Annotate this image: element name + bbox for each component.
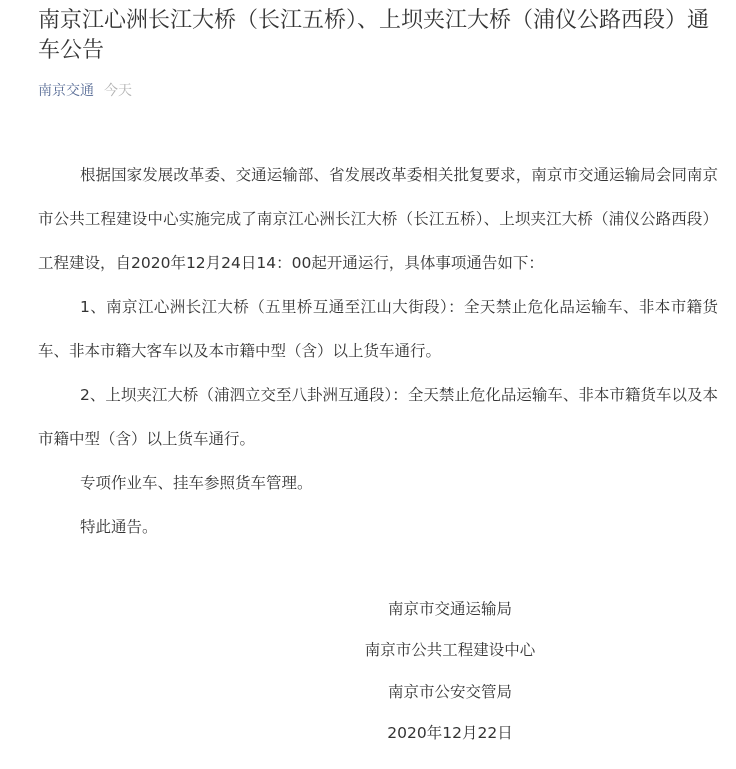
- paragraph-closing: 特此通告。: [38, 505, 718, 549]
- paragraph-intro: 根据国家发展改革委、交通运输部、省发展改革委相关批复要求，南京市交通运输局会同南…: [38, 153, 718, 285]
- article-meta: 南京交通今天: [38, 80, 132, 100]
- signature-construction-center: 南京市公共工程建设中心: [300, 638, 600, 660]
- article-title: 南京江心洲长江大桥（长江五桥）、上坝夹江大桥（浦仪公路西段）通车公告: [38, 6, 728, 66]
- author-link[interactable]: 南京交通: [38, 83, 94, 99]
- paragraph-note: 专项作业车、挂车参照货车管理。: [38, 461, 718, 505]
- paragraph-item-2: 2、上坝夹江大桥（浦泗立交至八卦洲互通段）：全天禁止危化品运输车、非本市籍货车以…: [38, 373, 718, 461]
- publish-time: 今天: [104, 83, 132, 99]
- signature-transport-bureau: 南京市交通运输局: [300, 597, 600, 619]
- article: 南京江心洲长江大桥（长江五桥）、上坝夹江大桥（浦仪公路西段）通车公告 南京交通今…: [0, 0, 736, 769]
- signature-date: 2020年12月22日: [300, 721, 600, 743]
- signature-traffic-police: 南京市公安交管局: [300, 680, 600, 702]
- paragraph-item-1: 1、南京江心洲长江大桥（五里桥互通至江山大街段）：全天禁止危化品运输车、非本市籍…: [38, 285, 718, 373]
- article-body: 根据国家发展改革委、交通运输部、省发展改革委相关批复要求，南京市交通运输局会同南…: [38, 153, 718, 549]
